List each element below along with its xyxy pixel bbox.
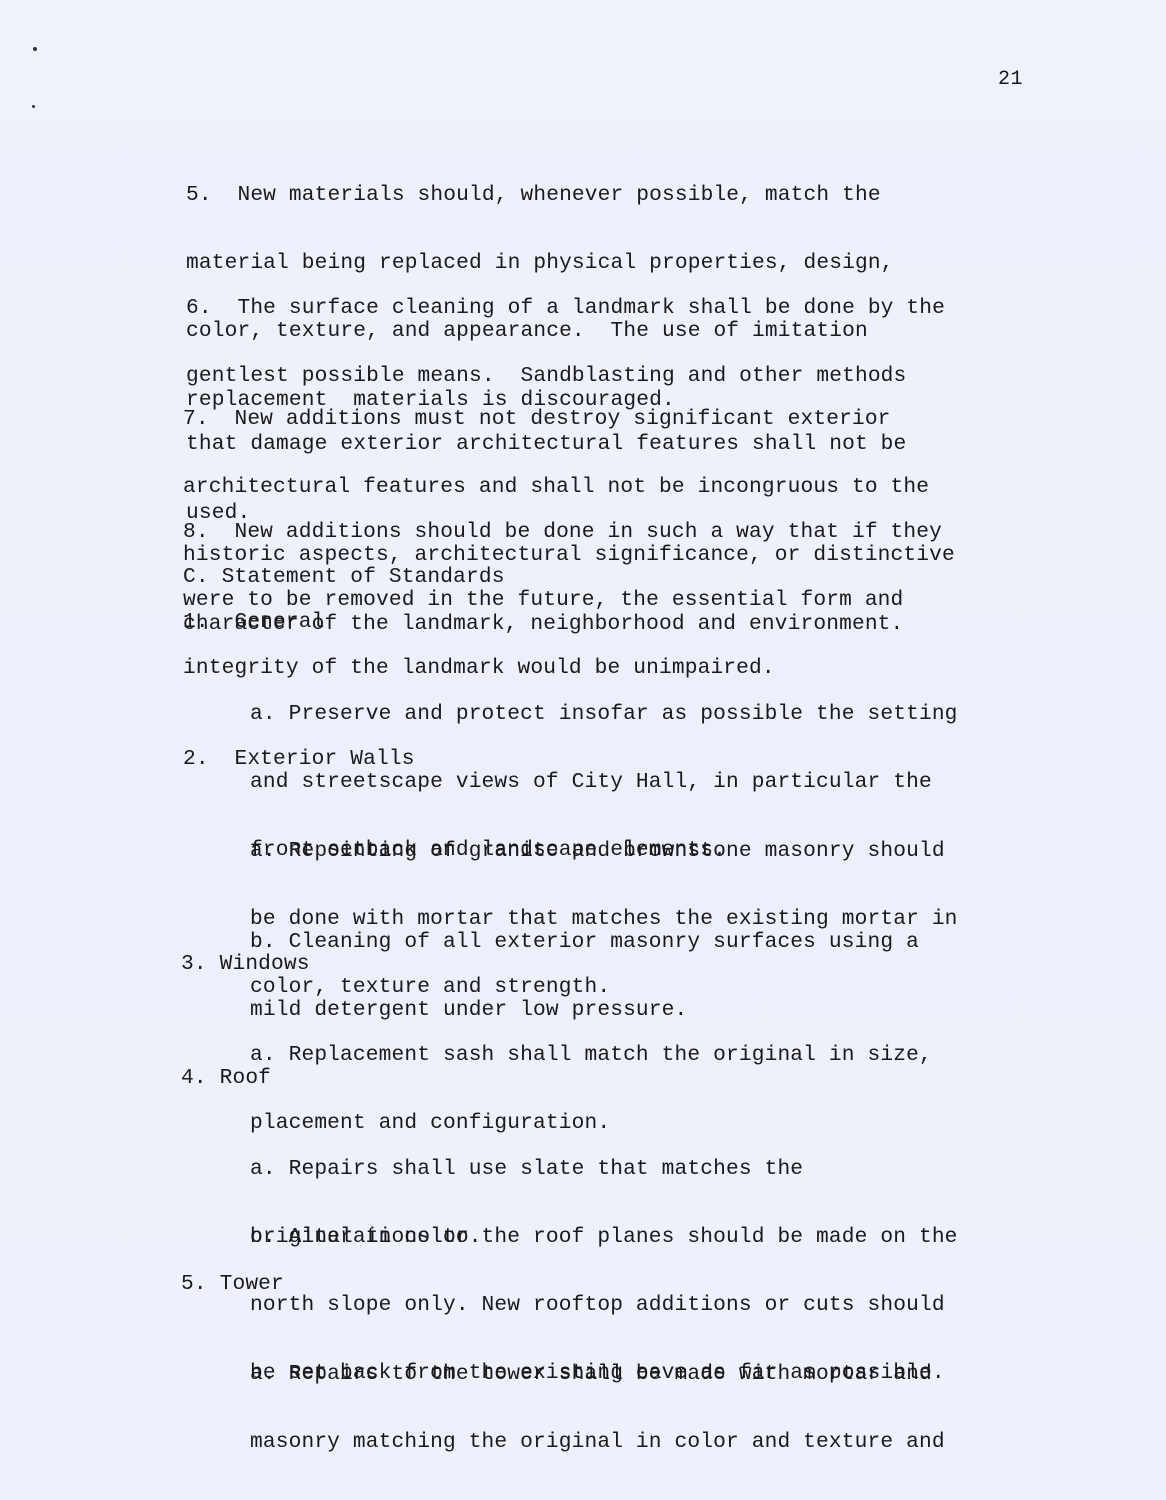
text-line: 5. New materials should, whenever possib…	[186, 184, 894, 207]
text-line: b. Alterations to the roof planes should…	[250, 1226, 958, 1249]
text-line: masonry matching the original in color a…	[250, 1431, 945, 1454]
subsection-heading-exterior-walls: 2. Exterior Walls	[183, 748, 415, 771]
standard-tower-a: a. Repairs to the tower shall be made wi…	[250, 1317, 945, 1499]
text-line: and streetscape views of City Hall, in p…	[250, 771, 958, 794]
subsection-heading-general: 1. General	[183, 611, 325, 634]
text-line: a. Preserve and protect insofar as possi…	[250, 703, 958, 726]
scan-speck	[33, 47, 37, 51]
text-line: b. Cleaning of all exterior masonry surf…	[250, 931, 919, 954]
text-line: 6. The surface cleaning of a landmark sh…	[186, 297, 945, 320]
page-number: 21	[998, 68, 1023, 91]
text-line: 7. New additions must not destroy signif…	[183, 408, 955, 431]
subsection-heading-tower: 5. Tower	[181, 1273, 284, 1296]
document-page: 21 5. New materials should, whenever pos…	[0, 0, 1166, 1500]
text-line: 8. New additions should be done in such …	[183, 521, 942, 544]
scan-speck	[32, 105, 35, 108]
text-line: a. Repairs to the tower shall be made wi…	[250, 1363, 945, 1386]
text-line: a. Repairs shall use slate that matches …	[250, 1158, 803, 1181]
text-line: a. Repointing of granite and brownstone …	[250, 840, 958, 863]
section-heading: C. Statement of Standards	[183, 566, 505, 589]
subsection-heading-windows: 3. Windows	[181, 953, 310, 976]
text-line: north slope only. New rooftop additions …	[250, 1294, 958, 1317]
subsection-heading-roof: 4. Roof	[181, 1067, 271, 1090]
text-line: a. Replacement sash shall match the orig…	[250, 1044, 932, 1067]
text-line: were to be removed in the future, the es…	[183, 589, 942, 612]
